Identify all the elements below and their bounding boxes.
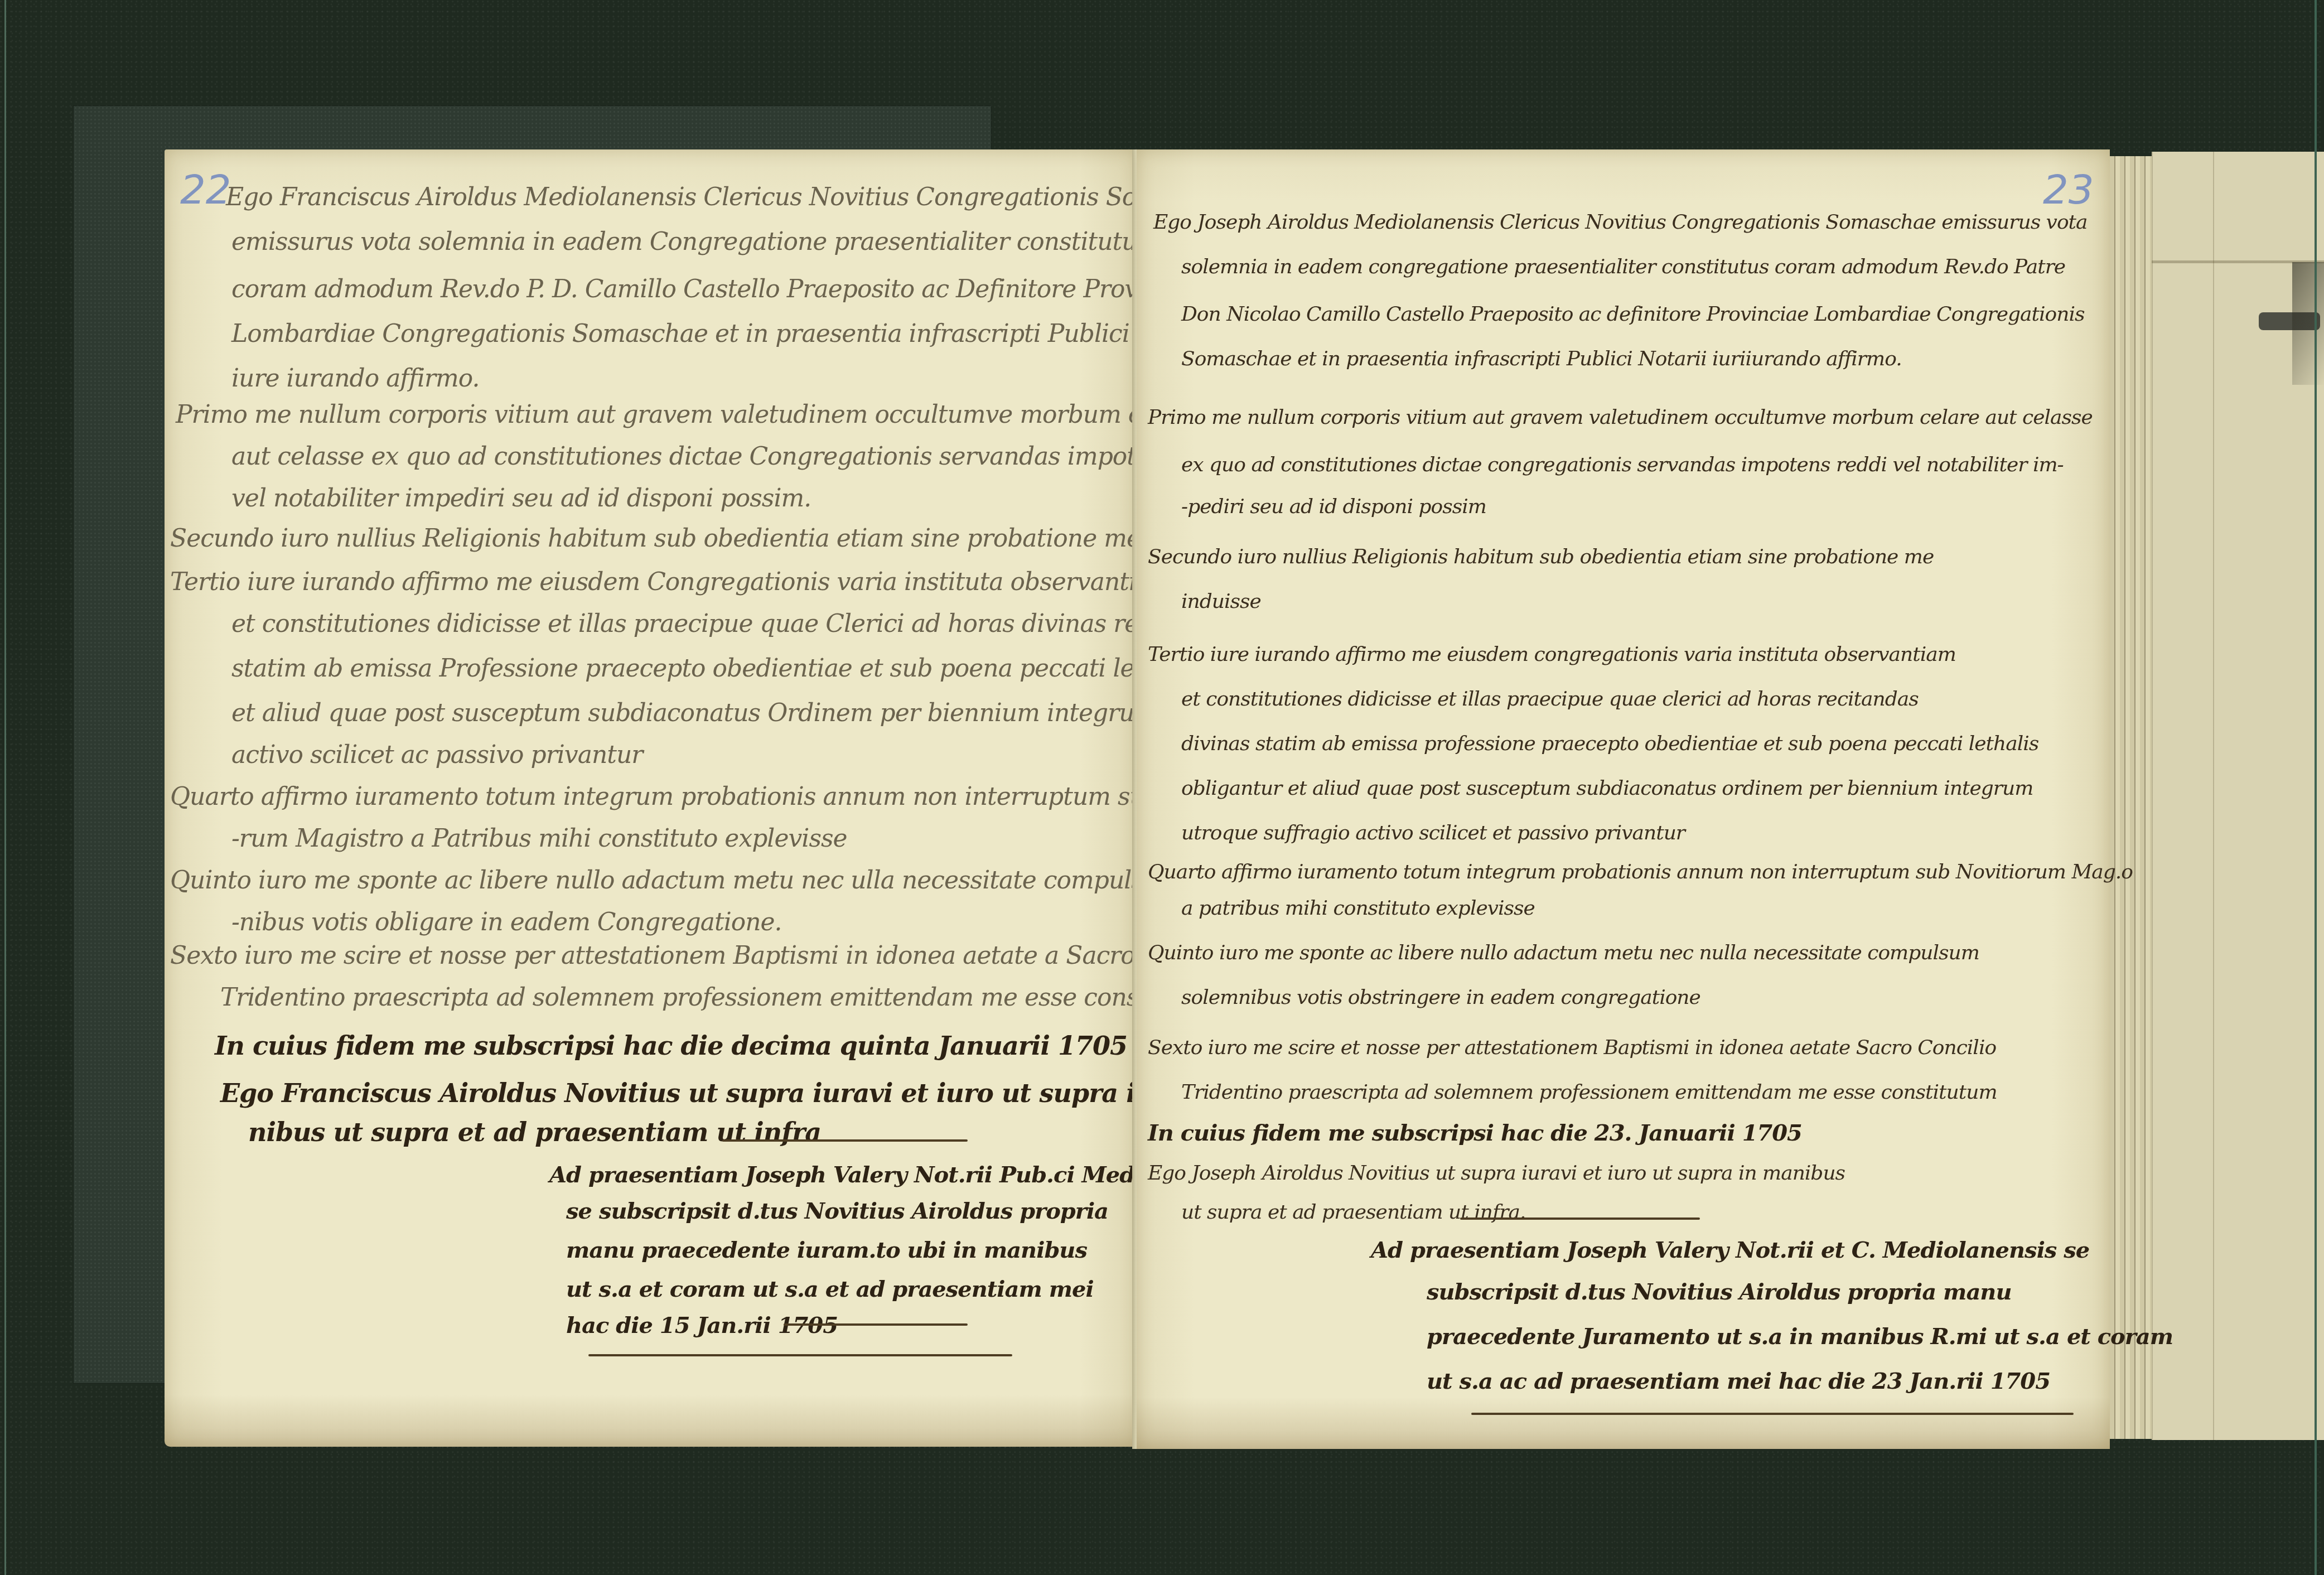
notary-line: manu praecedente iuram.to ubi in manibus [566, 1237, 1087, 1263]
text-line: Primo me nullum corporis vitium aut grav… [1148, 406, 2093, 429]
cover-shadow [2292, 262, 2324, 385]
text-line: ex quo ad constitutiones dictae congrega… [1181, 453, 2064, 476]
folio-number-right: 23 [2043, 166, 2094, 213]
flourish-rule [1460, 1218, 1700, 1220]
text-line: Ego Joseph Airoldus Mediolanensis Cleric… [1153, 211, 2088, 234]
text-line: emissurus vota solemnia in eadem Congreg… [231, 228, 1149, 256]
text-line: -rum Magistro a Patribus mihi constituto… [231, 824, 847, 853]
right-page: 23 Ego Joseph Airoldus Mediolanensis Cle… [1137, 149, 2110, 1449]
text-line: -pediri seu ad id disponi possim [1181, 495, 1486, 518]
text-line: iure iurando affirmo. [231, 364, 479, 393]
text-line: induisse [1181, 590, 1261, 613]
notary-line: subscripsit d.tus Novitius Airoldus prop… [1427, 1279, 2011, 1305]
flourish-rule [588, 1354, 1012, 1356]
text-line: Quarto affirmo iuramento totum integrum … [1148, 861, 2133, 883]
text-line: Tridentino praescripta ad solemnem profe… [220, 983, 1234, 1012]
flourish-rule [784, 1323, 968, 1326]
notary-line: praecedente Juramento ut s.a in manibus … [1427, 1323, 2173, 1350]
text-line: Ego Franciscus Airoldus Mediolanensis Cl… [226, 183, 1241, 211]
text-line: aut celasse ex quo ad constitutiones dic… [231, 442, 1247, 471]
scanner-edge [4, 0, 6, 1575]
text-line: vel notabiliter impediri seu ad id dispo… [231, 484, 811, 513]
text-line: In cuius fidem me subscripsi hac die 23.… [1148, 1120, 1802, 1146]
text-line: Don Nicolao Camillo Castello Praeposito … [1181, 303, 2084, 326]
text-line: Tertio iure iurando affirmo me eiusdem C… [170, 568, 1162, 596]
text-line: Lombardiae Congregationis Somaschae et i… [231, 320, 1221, 348]
text-line: Ego Franciscus Airoldus Novitius ut supr… [220, 1078, 1215, 1108]
text-line: Quinto iuro me sponte ac libere nullo ad… [170, 866, 1267, 895]
text-line: nibus ut supra et ad praesentiam ut infr… [248, 1117, 821, 1147]
text-line: coram admodum Rev.do P. D. Camillo Caste… [231, 275, 1209, 303]
folio-number-left: 22 [180, 166, 231, 213]
text-line: ut supra et ad praesentiam ut infra. [1181, 1201, 1525, 1224]
text-line: Ego Joseph Airoldus Novitius ut supra iu… [1148, 1162, 1845, 1185]
text-line: Tridentino praescripta ad solemnem profe… [1181, 1081, 1997, 1104]
notary-line: Ad praesentiam Joseph Valery Not.rii Pub… [549, 1162, 1202, 1188]
notary-line: ut s.a et coram ut s.a et ad praesentiam… [566, 1276, 1094, 1302]
text-line: activo scilicet ac passivo privantur [231, 741, 642, 769]
flourish-rule [1471, 1413, 2074, 1415]
notary-line: Ad praesentiam Joseph Valery Not.rii et … [1371, 1237, 2089, 1263]
notary-line: ut s.a ac ad praesentiam mei hac die 23 … [1427, 1368, 2050, 1394]
text-line: Primo me nullum corporis vitium aut grav… [176, 400, 1202, 429]
flourish-rule [722, 1139, 968, 1142]
text-line: Quinto iuro me sponte ac libere nullo ad… [1148, 941, 1979, 964]
text-line: et constitutiones didicisse et illas pra… [231, 610, 1239, 638]
text-line: Somaschae et in praesentia infrascripti … [1181, 347, 1902, 370]
text-line: Secundo iuro nullius Religionis habitum … [1148, 545, 1934, 568]
text-line: et constitutiones didicisse et illas pra… [1181, 688, 1919, 711]
text-line: Tertio iure iurando affirmo me eiusdem c… [1148, 643, 1956, 666]
text-line: a patribus mihi constituto explevisse [1181, 897, 1535, 920]
text-line: Sexto iuro me scire et nosse per attesta… [1148, 1036, 1996, 1059]
text-line: -nibus votis obligare in eadem Congregat… [231, 908, 782, 936]
text-line: divinas statim ab emissa professione pra… [1181, 732, 2038, 755]
notary-line: se subscripsit d.tus Novitius Airoldus p… [566, 1198, 1108, 1224]
glass-edge [2315, 0, 2317, 1575]
left-page: 22 Ego Franciscus Airoldus Mediolanensis… [165, 149, 1138, 1447]
page-edges [2110, 156, 2152, 1439]
text-line: obligantur et aliud quae post susceptum … [1181, 777, 2033, 800]
text-line: Sexto iuro me scire et nosse per attesta… [170, 941, 1239, 970]
text-line: utroque suffragio activo scilicet et pas… [1181, 822, 1685, 844]
text-line: solemnibus votis obstringere in eadem co… [1181, 986, 1700, 1009]
text-line: solemnia in eadem congregatione praesent… [1181, 255, 2065, 278]
text-line: Secundo iuro nullius Religionis habitum … [170, 524, 1246, 553]
text-line: Quarto affirmo iuramento totum integrum … [170, 782, 1262, 811]
text-line: In cuius fidem me subscripsi hac die dec… [215, 1031, 1127, 1061]
